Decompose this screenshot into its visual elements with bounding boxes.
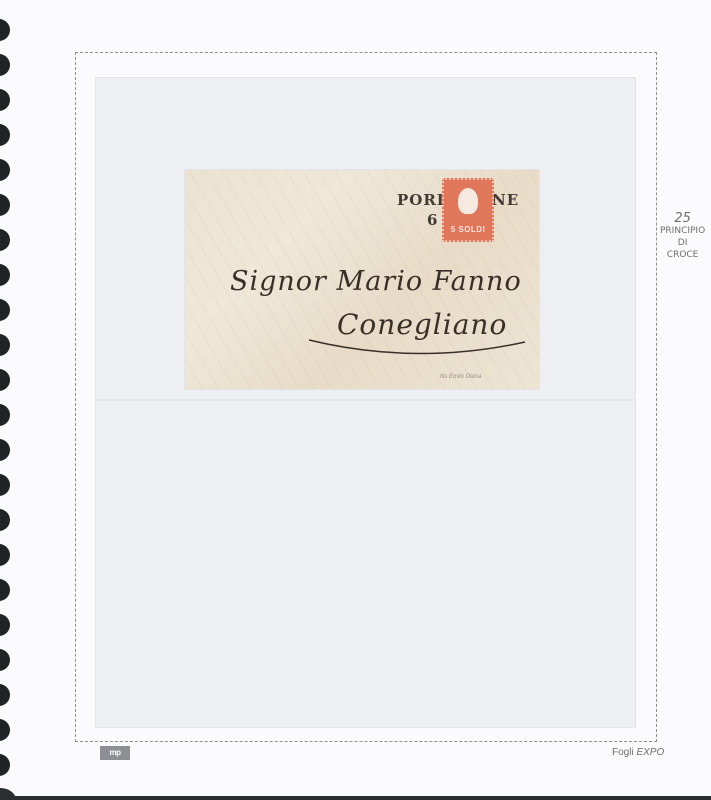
emperor-profile-icon <box>458 188 478 214</box>
lower-pocket <box>95 400 636 728</box>
addressee: Signor Mario Fanno <box>230 266 522 297</box>
publisher-logo: mp <box>100 746 130 760</box>
page-corner <box>0 788 16 800</box>
binder-hole <box>0 194 10 216</box>
binder-hole <box>0 124 10 146</box>
binder-hole <box>0 509 10 531</box>
binder-hole <box>0 159 10 181</box>
brand-plain: Fogli <box>612 747 634 758</box>
binder-hole <box>0 229 10 251</box>
postage-stamp[interactable]: 5 SOLDI <box>442 178 494 242</box>
stamp-denomination: 5 SOLDI <box>444 225 492 234</box>
binder-hole <box>0 614 10 636</box>
annotation-line-3: CROCE <box>660 249 705 261</box>
binder-hole <box>0 334 10 356</box>
binder-hole <box>0 579 10 601</box>
binder-hole <box>0 54 10 76</box>
page-edge <box>0 796 711 800</box>
binder-hole <box>0 684 10 706</box>
binder-hole <box>0 264 10 286</box>
handwritten-annotation: 25 PRINCIPIO DI CROCE <box>660 213 705 261</box>
binder-hole <box>0 544 10 566</box>
binder-hole <box>0 439 10 461</box>
binder-hole <box>0 19 10 41</box>
brand-label: Fogli EXPO <box>612 747 664 758</box>
binder-hole <box>0 719 10 741</box>
binder-hole <box>0 299 10 321</box>
expert-pencil-note: Ns Emilo Diena <box>440 374 481 380</box>
binder-hole <box>0 89 10 111</box>
binder-hole <box>0 649 10 671</box>
annotation-number: 25 <box>660 213 705 225</box>
cover-envelope[interactable]: PORDENONE 6 MAR. 5 SOLDI Signor Mario Fa… <box>185 170 539 389</box>
brand-italic: EXPO <box>636 747 664 758</box>
annotation-line-2: DI <box>660 237 705 249</box>
binder-hole <box>0 754 10 776</box>
underline-flourish <box>307 336 529 358</box>
annotation-line-1: PRINCIPIO <box>660 225 705 237</box>
binder-hole <box>0 369 10 391</box>
binder-hole <box>0 474 10 496</box>
binder-hole <box>0 404 10 426</box>
